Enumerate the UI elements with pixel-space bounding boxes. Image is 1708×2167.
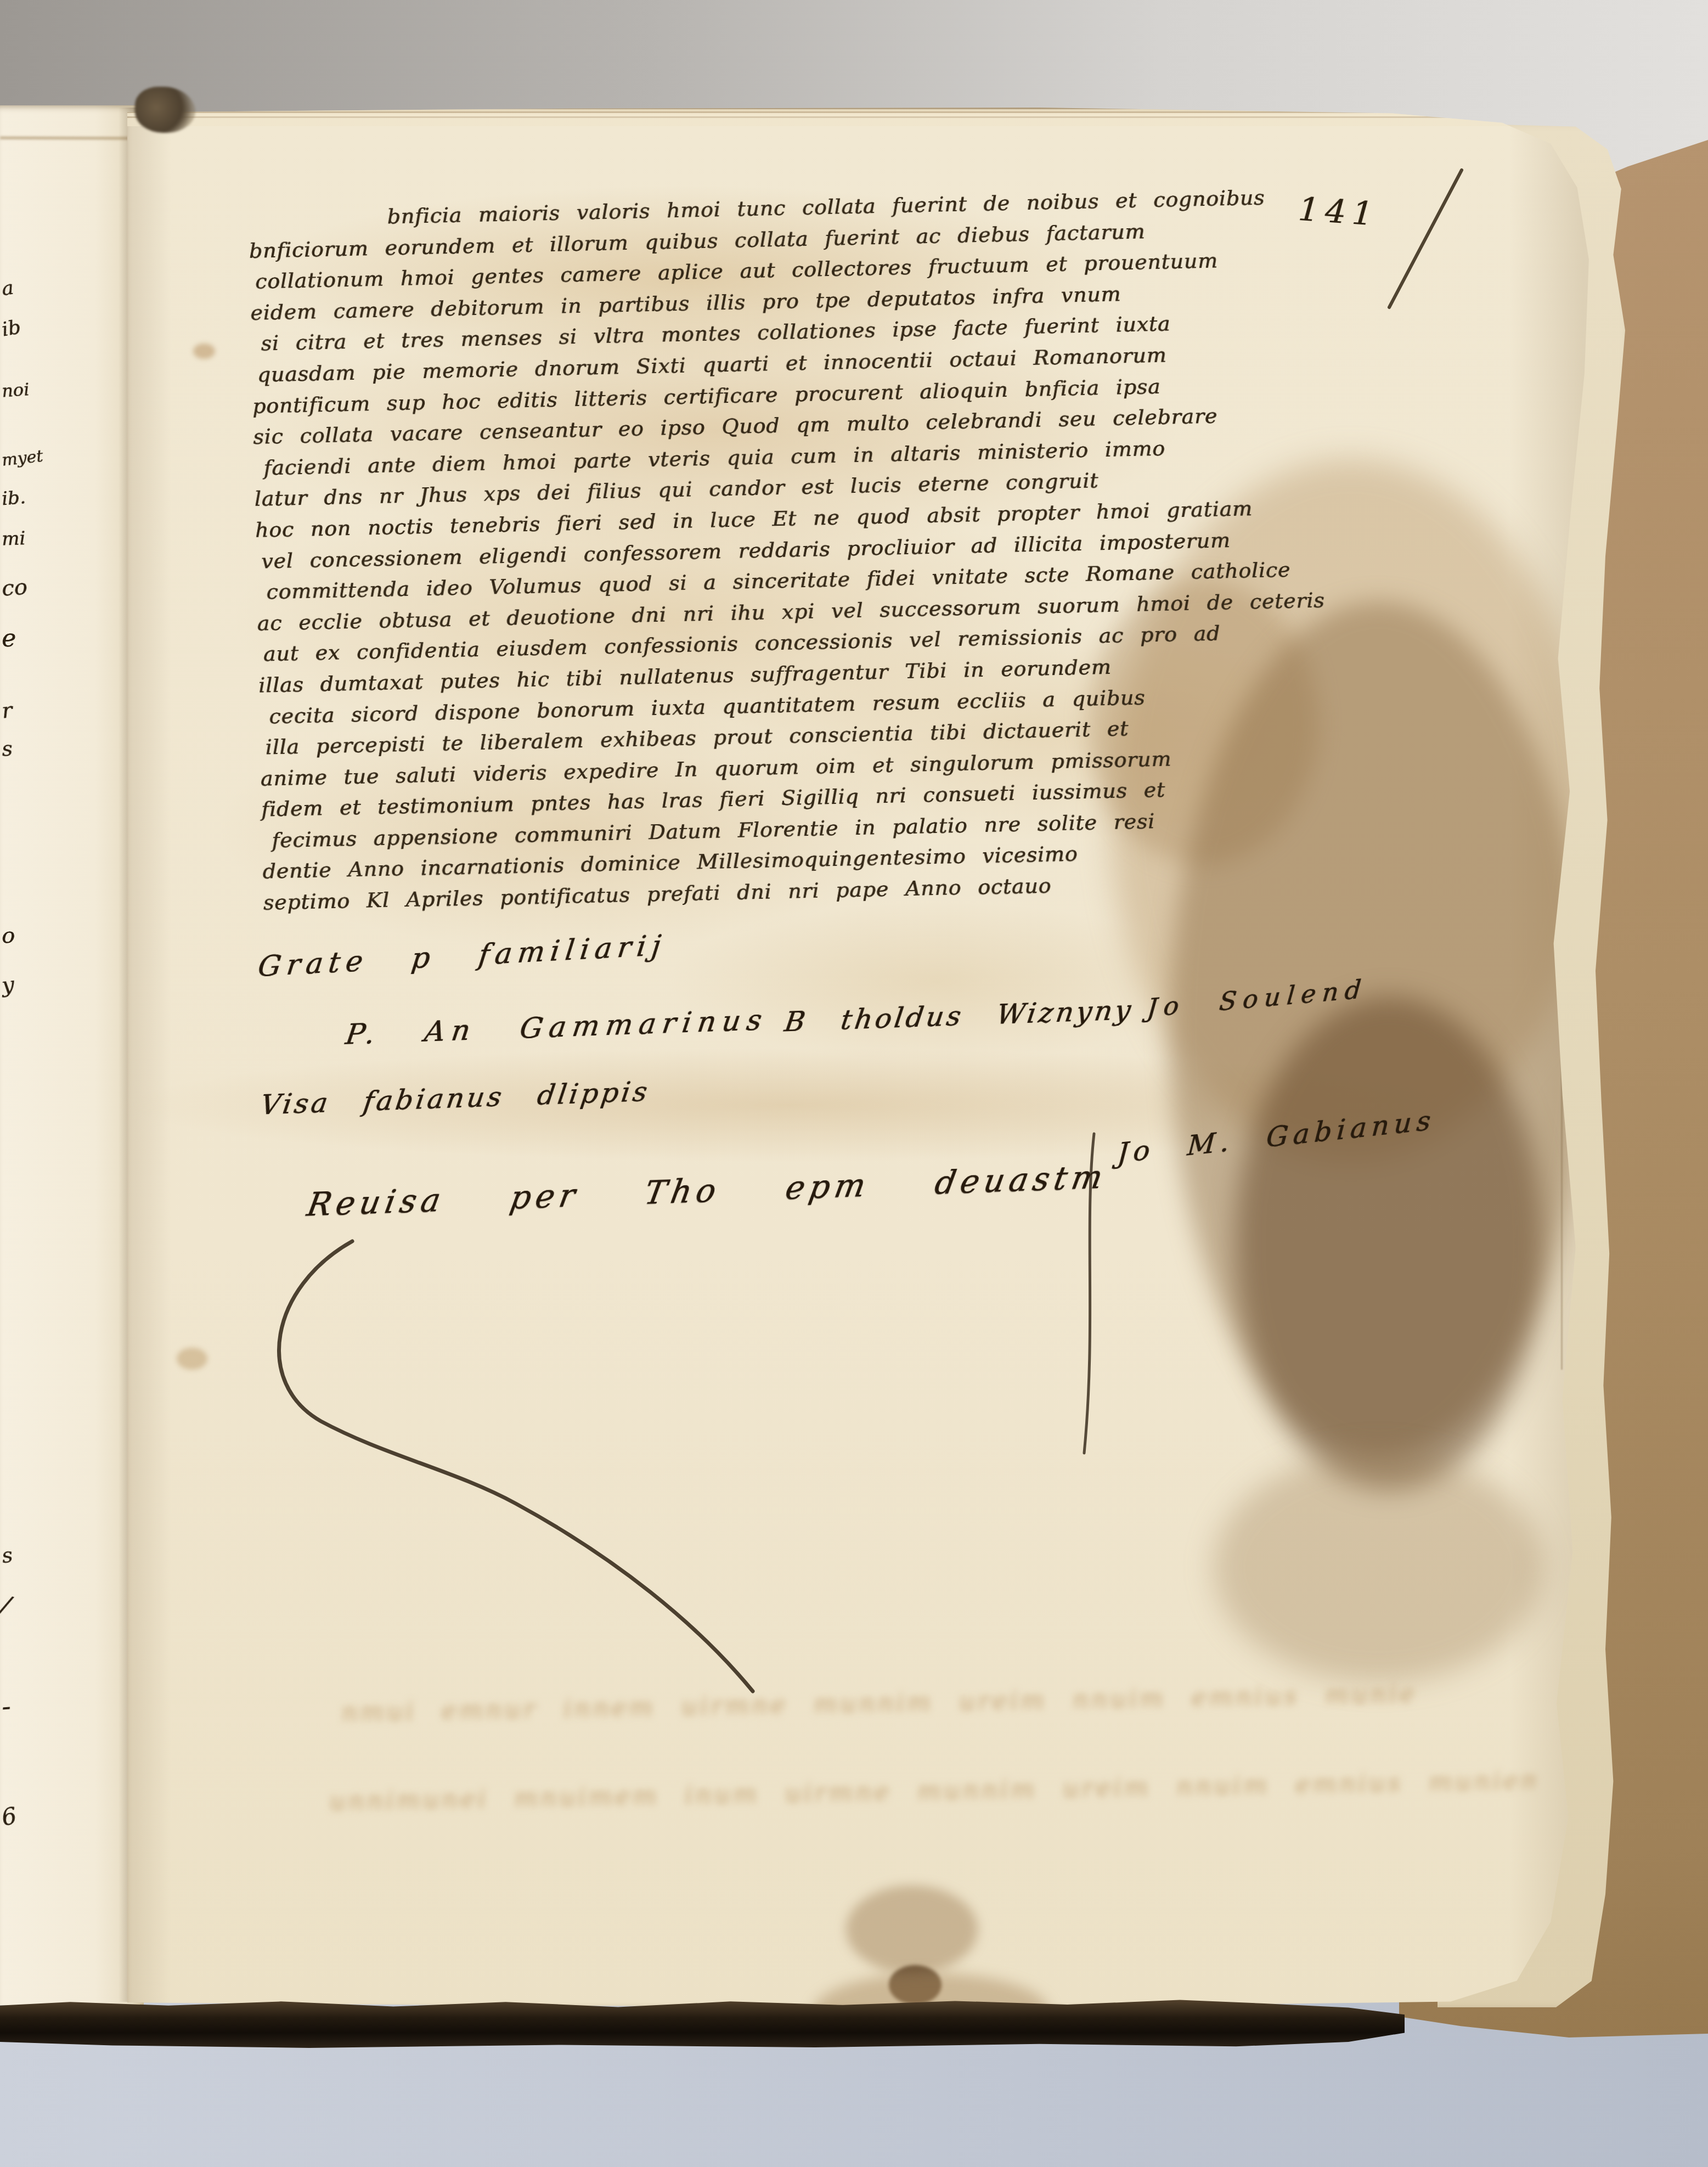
bottom-smudge-scribble xyxy=(846,1885,978,1973)
foxing-spot xyxy=(177,1348,207,1370)
book-bottom-edge xyxy=(0,1997,1405,2048)
manuscript-page xyxy=(127,108,1598,2007)
water-stain-lower-fade xyxy=(1214,1452,1543,1682)
foxing-spot xyxy=(193,344,215,359)
water-stain-dark-core xyxy=(1236,997,1543,1490)
manuscript-scan: 141 bnficia maioris valoris hmoi tunc co… xyxy=(0,0,1708,2167)
